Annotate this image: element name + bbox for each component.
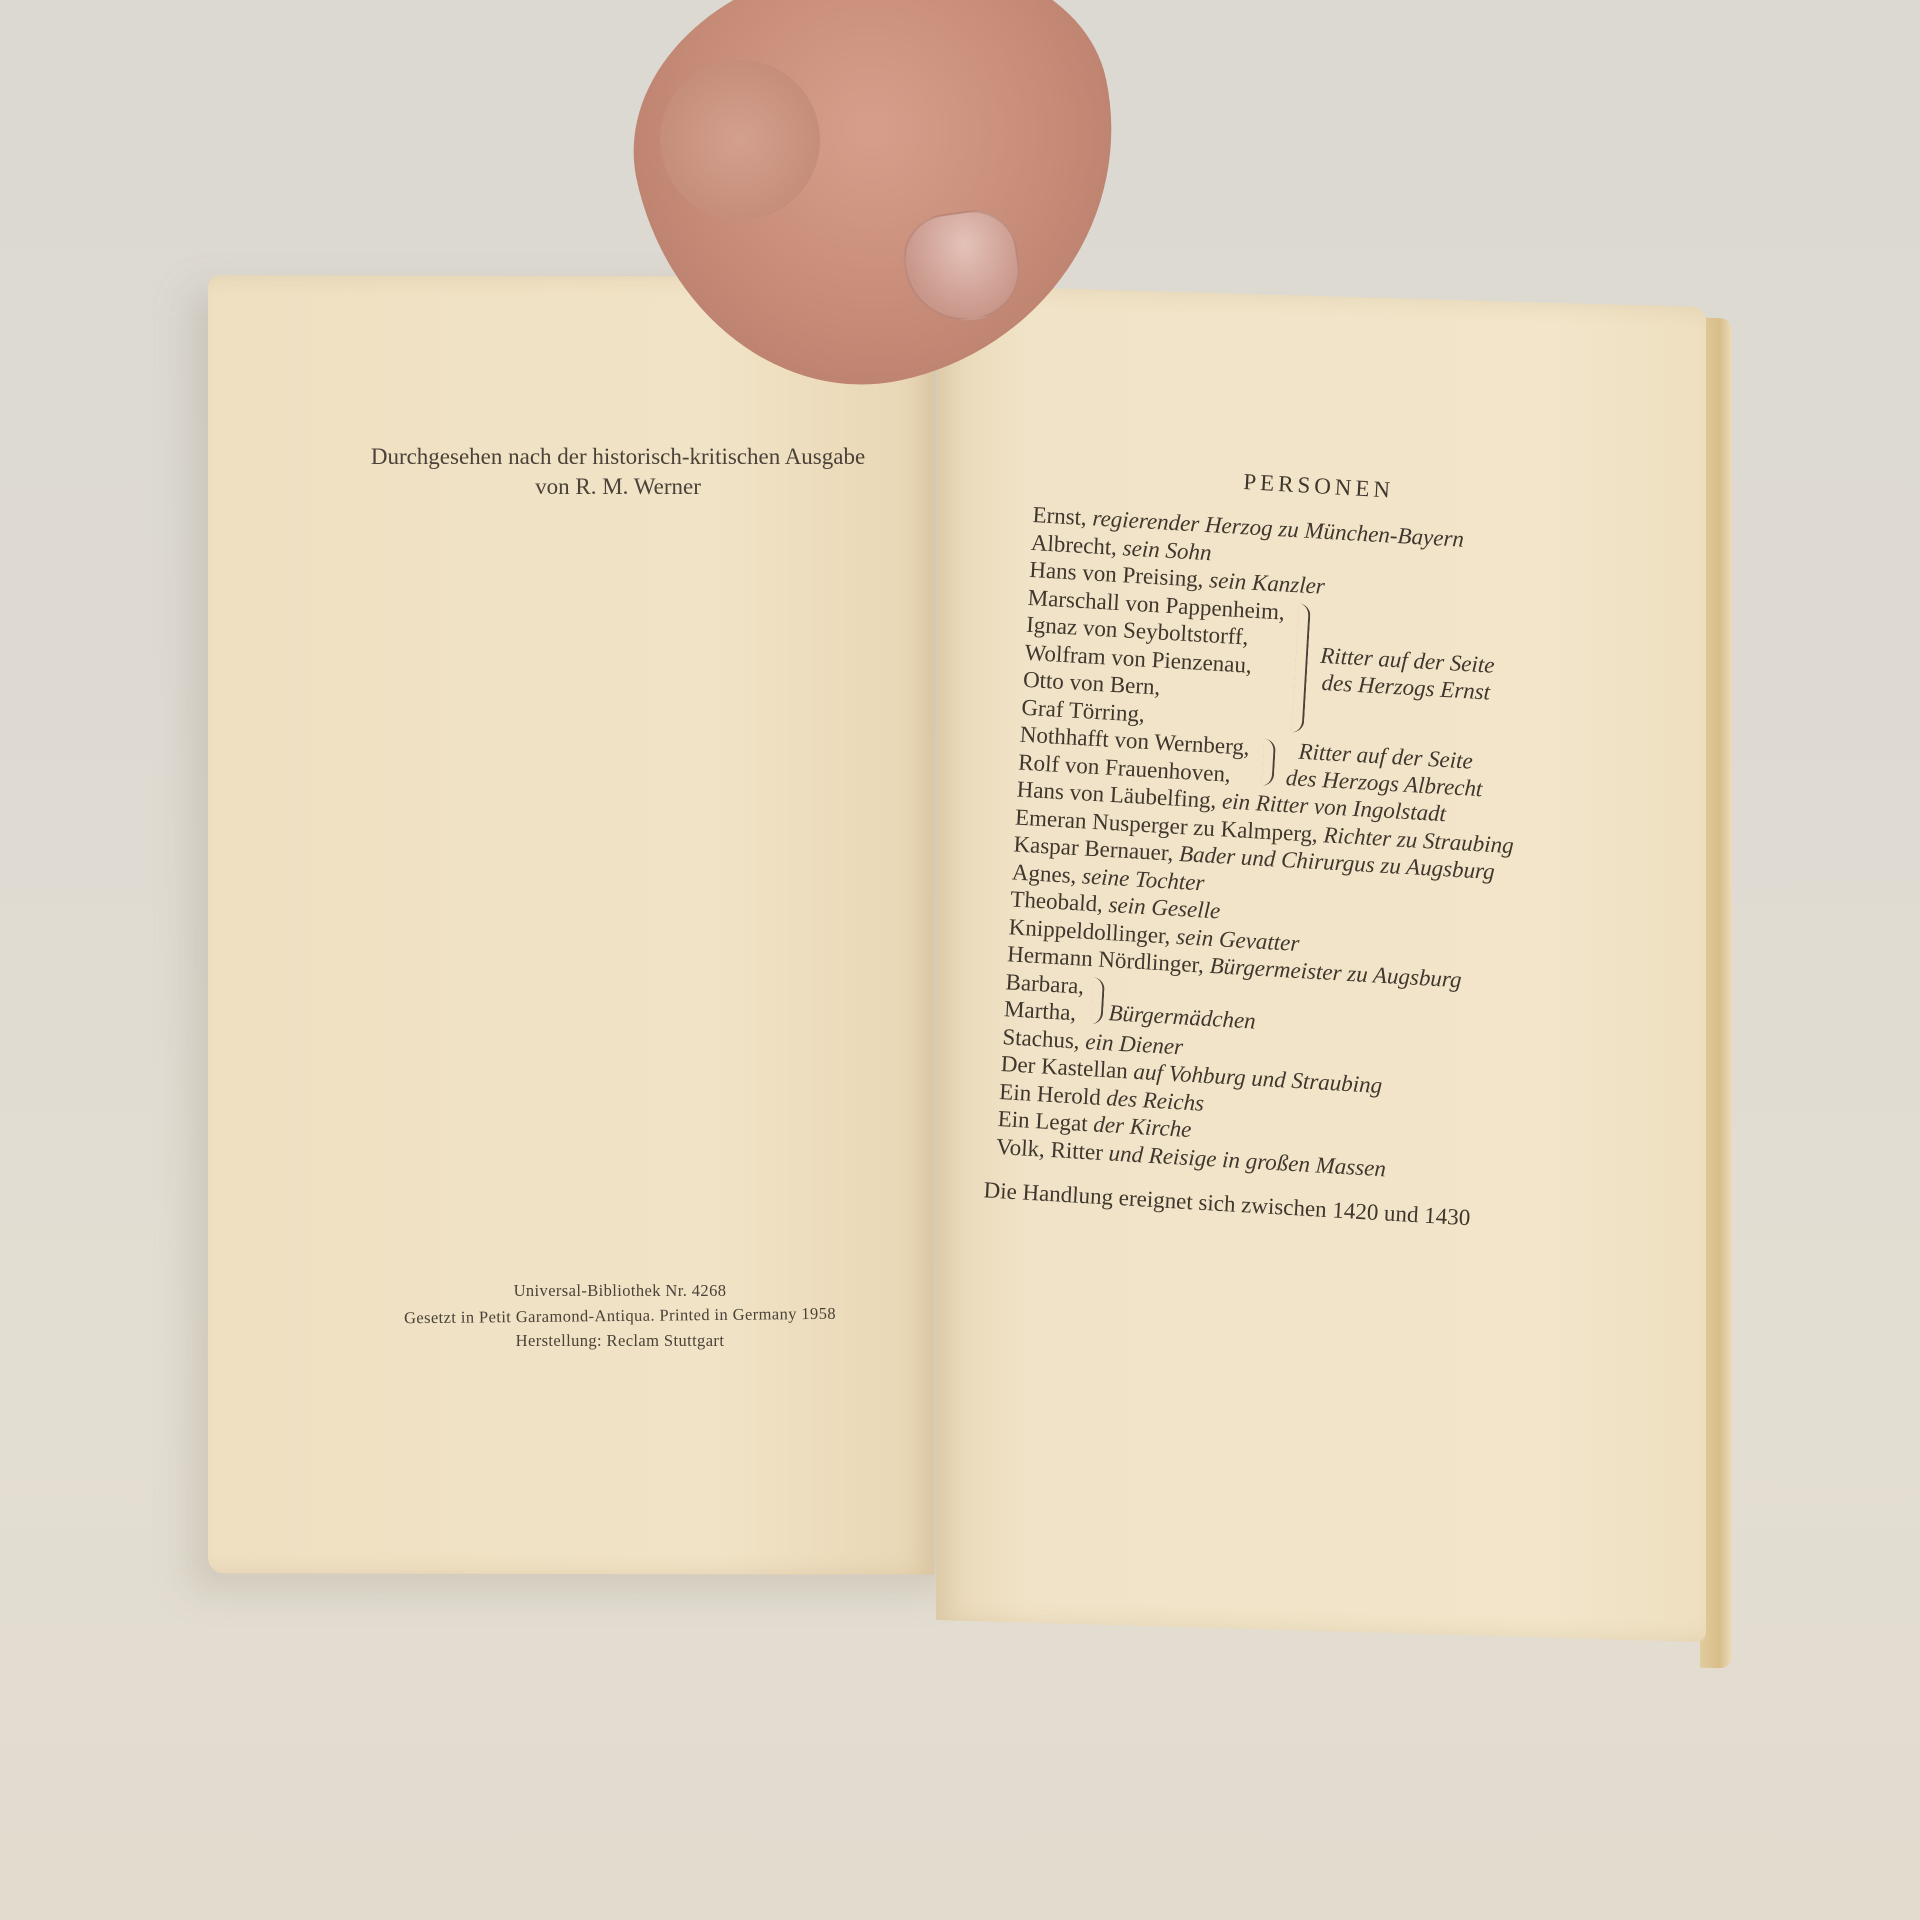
edition-note: Durchgesehen nach der historisch-kritisc… bbox=[318, 442, 918, 502]
cast-list: Ernst, regierender Herzog zu München-Bay… bbox=[995, 501, 1616, 1194]
brace-icon bbox=[1090, 977, 1105, 1025]
brace-icon bbox=[1261, 739, 1276, 787]
brace-icon bbox=[1292, 603, 1311, 733]
hand-knuckle bbox=[660, 60, 820, 220]
imprint-line3: Herstellung: Reclam Stuttgart bbox=[330, 1328, 910, 1353]
edition-note-line2: von R. M. Werner bbox=[318, 472, 918, 502]
photo-scene: Durchgesehen nach der historisch-kritisc… bbox=[0, 0, 1920, 1920]
imprint-line1: Universal-Bibliothek Nr. 4268 bbox=[330, 1278, 910, 1303]
edition-note-line1: Durchgesehen nach der historisch-kritisc… bbox=[318, 442, 918, 472]
imprint-line2: Gesetzt in Petit Garamond-Antiqua. Print… bbox=[330, 1300, 910, 1331]
dramatis-personae: PERSONEN Ernst, regierender Herzog zu Mü… bbox=[957, 455, 1619, 1237]
imprint: Universal-Bibliothek Nr. 4268 Gesetzt in… bbox=[330, 1278, 910, 1353]
